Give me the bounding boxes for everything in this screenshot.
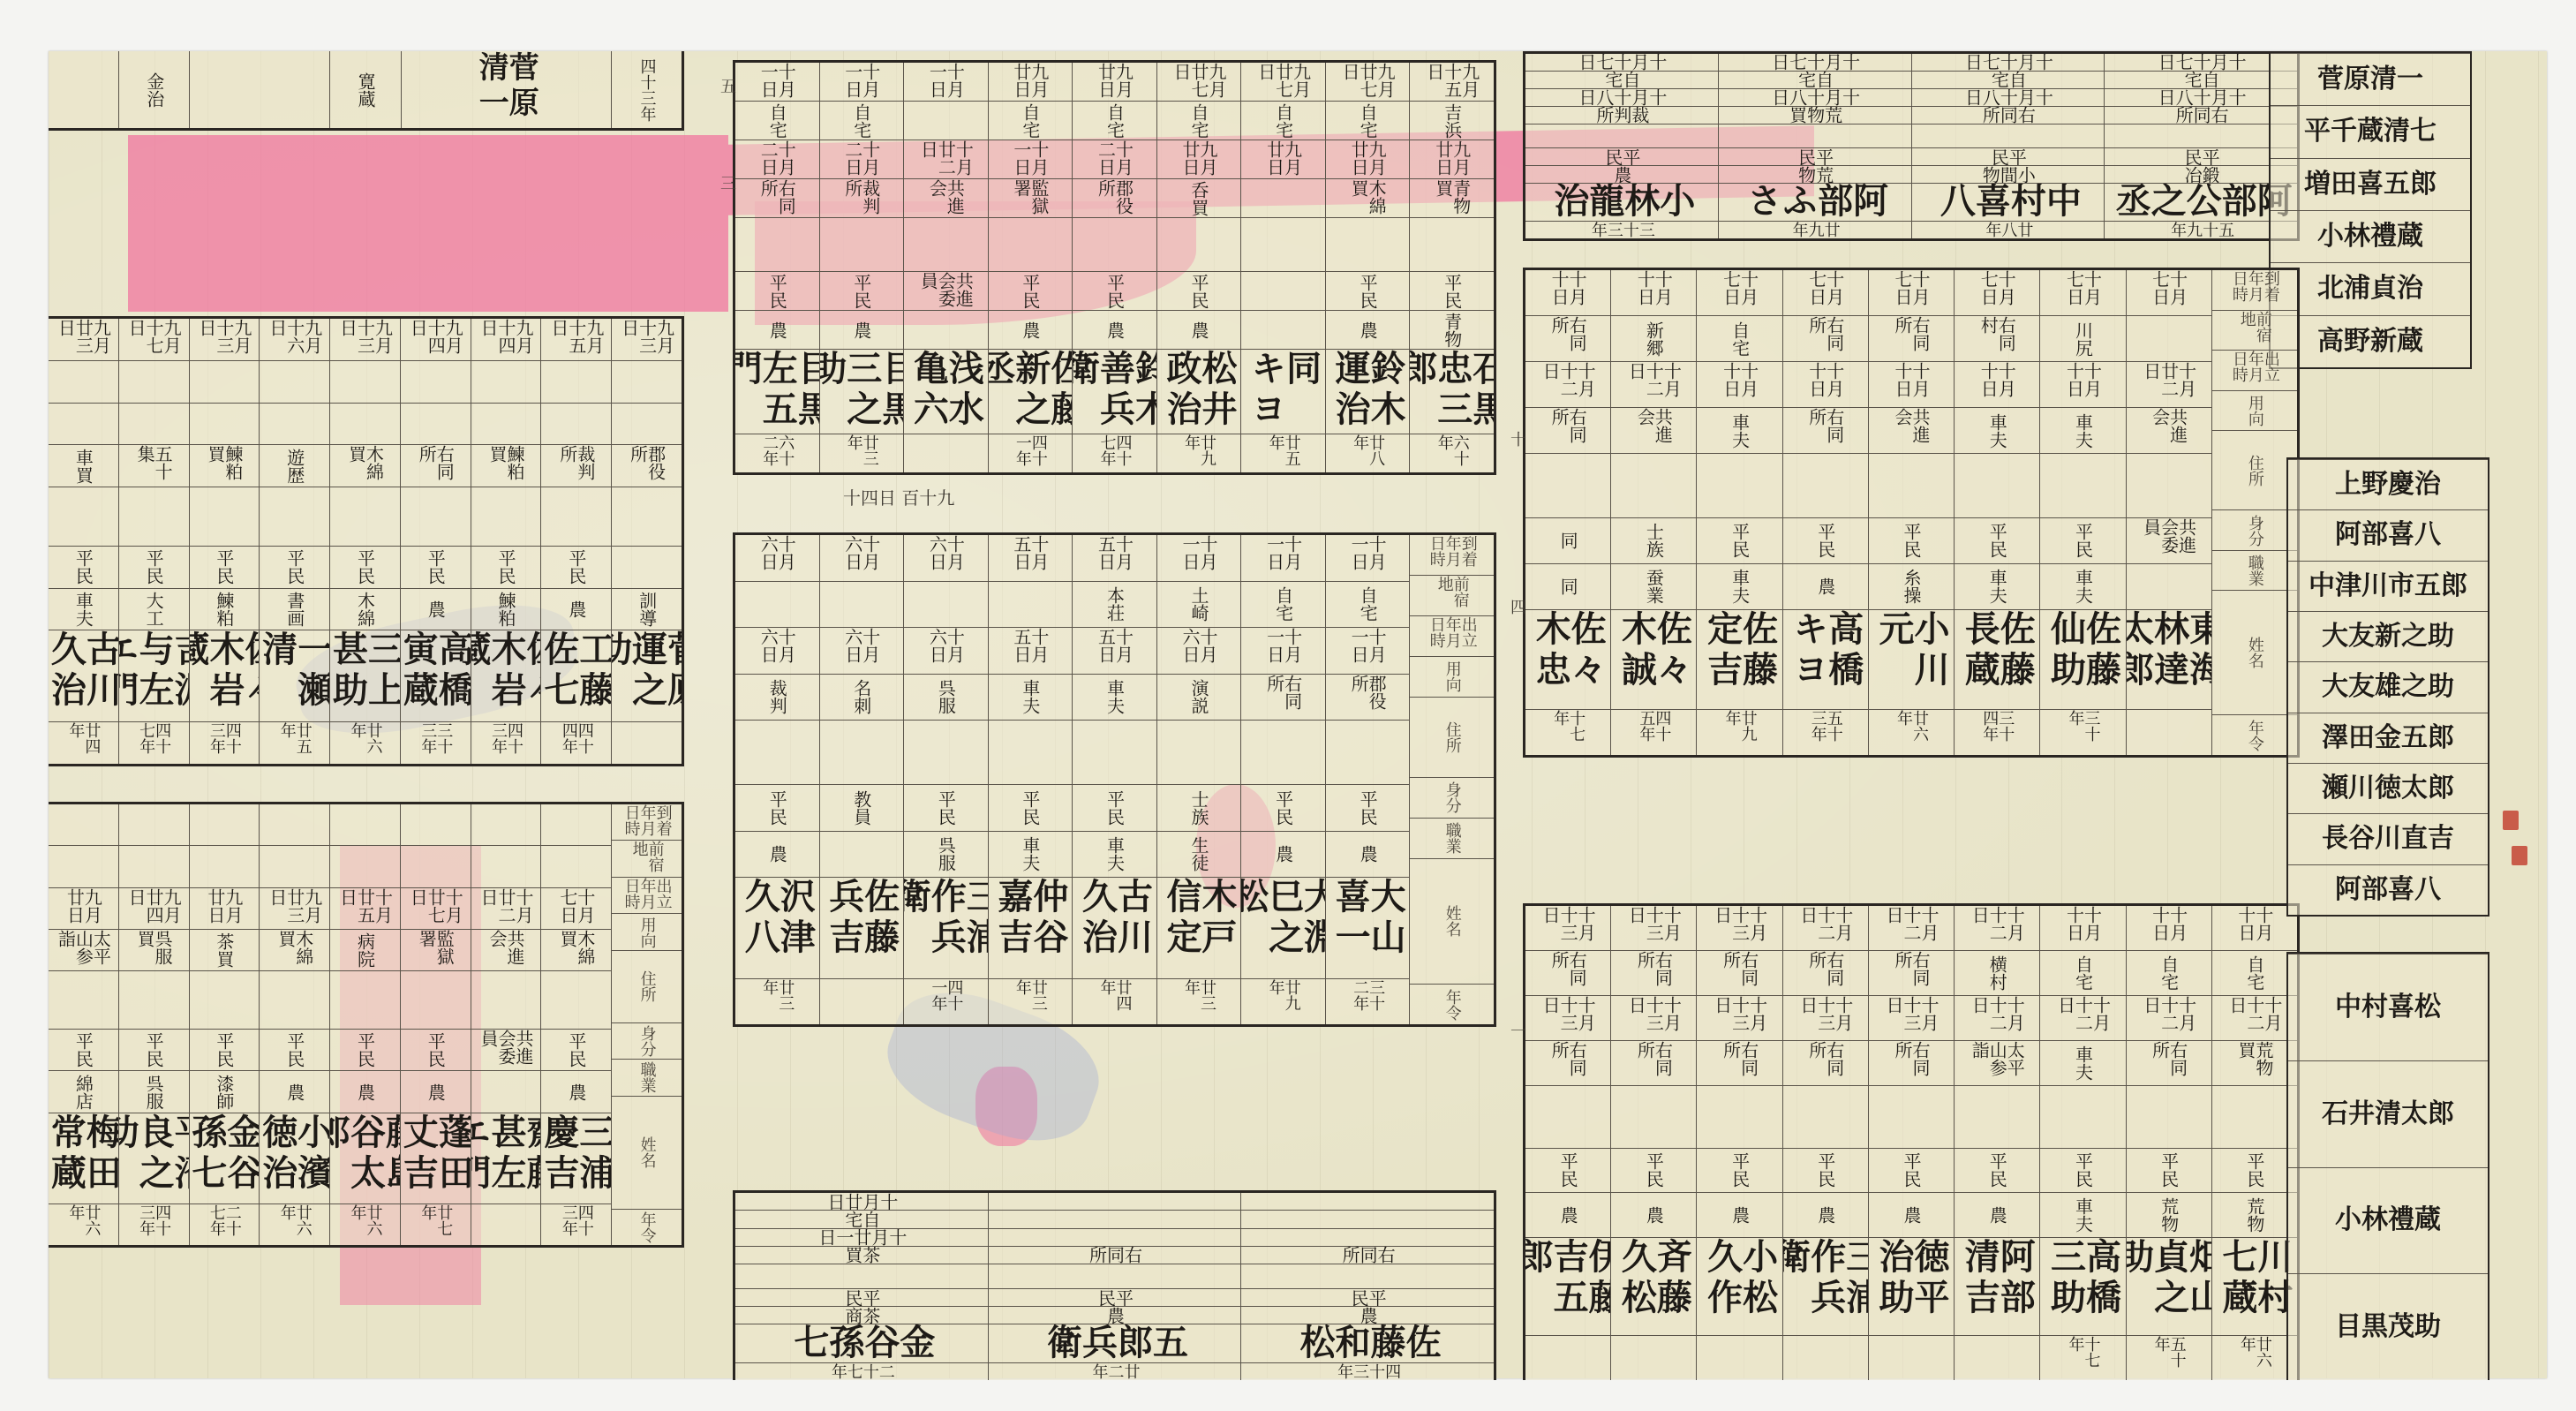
age-cell: 三十三年 <box>401 721 471 764</box>
job-cell: 車夫 <box>2040 1192 2125 1237</box>
table-row: 十月十二日右同所十月十三日右同所平民農三浦作兵衛 <box>1782 906 1868 1380</box>
red-seal-stamp <box>2512 846 2527 865</box>
panel-bottom-center: 右同所平民農佐藤和松四十三年右同所平民農五郎兵衛廿二年十月廿日自宅十月廿一日茶買… <box>733 1190 1496 1380</box>
arrive-cell: 十月一日 <box>735 63 819 101</box>
addr-cell <box>989 720 1073 784</box>
list-item: 目黒茂助 <box>2288 1273 2488 1380</box>
age-cell: 四十一年 <box>989 434 1073 472</box>
column-header: 身分 <box>1410 777 1494 818</box>
depart-cell: 十月廿七日 <box>401 887 471 929</box>
from-cell <box>904 581 988 628</box>
purpose-cell: 郡役所 <box>1326 674 1410 721</box>
from-cell: 川尻 <box>2040 315 2125 361</box>
purpose-cell: 右同所 <box>1697 1040 1781 1085</box>
guest-name: 平千蔵清七 <box>2271 106 2470 157</box>
table-row: 十月五日本荘十月五日車夫平民車夫古川久治廿四年 <box>1072 535 1156 1024</box>
from-cell <box>904 101 988 140</box>
addr-cell <box>735 1264 988 1288</box>
job-cell: 農 <box>820 310 904 349</box>
depart-cell: 十月十日 <box>1869 361 1954 407</box>
age-cell <box>1525 1335 1610 1380</box>
addr-cell <box>1611 453 1696 517</box>
guest-name: 大友新之助 <box>2288 612 2488 661</box>
from-cell: 自宅 <box>2040 950 2125 995</box>
status-cell: 平民 <box>260 1029 329 1070</box>
column-header: 出立年月日時 <box>612 877 682 913</box>
status-cell: 平民 <box>1611 1148 1696 1193</box>
purpose-cell: 右同所 <box>1525 407 1610 453</box>
purpose-cell: 右同所 <box>1241 674 1325 721</box>
job-cell: 農 <box>401 1070 471 1112</box>
depart-cell: 十月一日 <box>1326 627 1410 674</box>
list-item: 中村喜松 <box>2288 954 2488 1060</box>
age-cell: 四十四年 <box>541 721 611 764</box>
addr-cell <box>1611 1085 1696 1148</box>
depart-cell: 十月十八日 <box>1719 88 1911 106</box>
age-cell: 四十三年 <box>541 1203 611 1245</box>
status-cell: 平民 <box>989 1288 1241 1306</box>
arrive-cell: 十月十日 <box>1525 270 1610 315</box>
column-header: 用向 <box>1410 656 1494 697</box>
arrive-cell: 九月十五日 <box>541 319 611 360</box>
guest-name: 瀬川徳太郎 <box>2288 764 2488 813</box>
arrive-cell <box>471 804 541 845</box>
arrive-cell: 十月一日 <box>904 63 988 101</box>
purpose-cell: 右同所 <box>735 178 819 217</box>
guest-name: 浅水亀六 <box>904 349 988 434</box>
column-header: 住所 <box>1410 697 1494 777</box>
guest-name: 佐々木岩蔵 <box>471 630 541 721</box>
purpose-cell: 鰊粕買 <box>471 444 541 487</box>
purpose-cell: 太平山参詣 <box>49 929 118 970</box>
list-item: 大友雄之助 <box>2288 661 2488 712</box>
from-cell <box>330 360 400 403</box>
addr-cell <box>1955 1085 2039 1148</box>
guest-name: 中津川市五郎 <box>2288 562 2488 611</box>
addr-cell <box>119 487 189 546</box>
status-cell: 平民 <box>1719 147 1911 165</box>
age-cell: 廿三年 <box>989 978 1073 1025</box>
arrive-cell: 十月十七日 <box>1912 54 2105 71</box>
column-header: 職業 <box>612 1059 682 1095</box>
addr-cell <box>2127 1085 2211 1148</box>
addr-cell <box>1869 1085 1954 1148</box>
table-row: 十月一日自宅十月一日右同所平民農大淵巳之松廿九年 <box>1240 535 1325 1024</box>
depart-cell: 十月五日 <box>989 627 1073 674</box>
guest-name: 石井清太郎 <box>2288 1061 2488 1167</box>
from-cell <box>612 360 682 403</box>
table-row: 九月十三日木綿買平民木綿三上甚助廿六年 <box>329 319 400 764</box>
depart-cell: 十月十二日 <box>2212 995 2297 1040</box>
table-row: 十月十三日右同所十月十三日右同所平民農小松久作 <box>1696 906 1781 1380</box>
arrive-cell: 九月十四日 <box>471 319 541 360</box>
purpose-cell: 右同所 <box>1525 1040 1610 1085</box>
from-cell <box>541 845 611 887</box>
depart-cell <box>330 403 400 445</box>
guest-name: 三浦慶吉 <box>541 1113 611 1203</box>
guest-name: 上野慶治 <box>2288 460 2488 509</box>
purpose-cell: 車夫 <box>2040 1040 2125 1085</box>
arrive-cell: 十月七日 <box>1783 270 1868 315</box>
purpose-cell: 裁判所 <box>1525 106 1718 124</box>
status-cell: 平民 <box>119 1029 189 1070</box>
column-header: 年令 <box>1410 984 1494 1024</box>
age-cell: 廿四年 <box>1073 978 1156 1025</box>
depart-cell: 十月十三日 <box>1869 995 1954 1040</box>
guest-name: 阿部ふさ <box>1719 183 1911 221</box>
column-header: 出立年月日時 <box>2212 350 2297 390</box>
status-cell: 平民 <box>1912 147 2105 165</box>
table-row: 十月十三日右同所十月十三日右同所平民農斉藤久松 <box>1610 906 1696 1380</box>
status-cell: 平民 <box>1955 1148 2039 1193</box>
addr-cell <box>820 720 904 784</box>
status-cell <box>1241 271 1325 310</box>
table-row: 十月十日右同所十月十二日右同所同同佐々木忠十七年 <box>1525 270 1610 755</box>
list-item: 阿部喜八 <box>2288 509 2488 560</box>
depart-cell <box>401 403 471 445</box>
table-row: 九月十四日鰊粕買平民鰊粕佐々木岩蔵四十三年 <box>471 319 541 764</box>
depart-cell: 九月廿日 <box>1157 140 1241 178</box>
purpose-cell: 裁判 <box>735 674 819 721</box>
addr-cell <box>612 487 682 546</box>
purpose-cell: 病院 <box>330 929 400 970</box>
panel-right-middle: 到着年月日時前宿地出立年月日時用向住所身分職業姓名年令十月七日十月廿二日共進会共… <box>1523 268 2300 758</box>
depart-cell <box>612 403 682 445</box>
ledger-header-column: 到着年月日時前宿地出立年月日時用向住所身分職業姓名年令 <box>2211 270 2297 755</box>
job-cell: 農 <box>1525 1192 1610 1237</box>
age-cell: 廿八年 <box>1326 434 1410 472</box>
table-row: 九月廿日自宅十月二日郡役所平民農鈴木善兵衛四十七年 <box>1072 63 1156 472</box>
from-cell: 自宅 <box>1326 101 1410 140</box>
panel-far-right-bottom: 中村喜松石井清太郎小林禮蔵目黒茂助 <box>2286 952 2489 1380</box>
depart-cell <box>119 403 189 445</box>
column-header: 到着年月日時 <box>2212 270 2297 310</box>
guest-name: 鈴木運治 <box>1326 349 1410 434</box>
table-row: 十月廿七日監獄署平民農蓬田丈吉廿七年 <box>400 804 471 1245</box>
column-header: 姓名 <box>1410 858 1494 984</box>
from-cell <box>401 360 471 403</box>
age-cell: 廿九年 <box>1241 978 1325 1025</box>
depart-cell: 九月廿三日 <box>260 887 329 929</box>
guest-name: 鈴木善兵衛 <box>1073 349 1156 434</box>
depart-cell: 十月六日 <box>820 627 904 674</box>
from-cell <box>735 581 819 628</box>
depart-cell: 九月廿四日 <box>119 887 189 929</box>
age-cell: 三十三年 <box>1525 221 1718 238</box>
depart-cell <box>541 403 611 445</box>
purpose-cell: 荒物買 <box>1719 106 1911 124</box>
guest-name: 大淵巳之松 <box>1241 877 1325 977</box>
from-cell: 自宅 <box>1912 71 2105 88</box>
arrive-cell: 十月五日 <box>1073 535 1156 581</box>
arrive-cell: 十月一日 <box>1241 535 1325 581</box>
arrive-cell: 十月六日 <box>735 535 819 581</box>
guest-name: 吉沢与左エ門 <box>119 630 189 721</box>
depart-cell: 十月六日 <box>735 627 819 674</box>
from-cell: 自宅 <box>820 101 904 140</box>
table-row: 十月六日十月六日裁判平民農沢津久八廿三年 <box>735 535 819 1024</box>
job-cell: 生徒 <box>1157 831 1241 878</box>
guest-name: 阿部喜八 <box>2288 865 2488 915</box>
age-cell: 廿五年 <box>260 721 329 764</box>
list-item: 大友新之助 <box>2288 611 2488 661</box>
job-cell: 綿店 <box>49 1070 118 1112</box>
status-cell: 平民 <box>190 546 260 588</box>
addr-cell <box>190 970 260 1029</box>
arrive-cell: 十月一日 <box>1326 535 1410 581</box>
status-cell: 平民 <box>1157 271 1241 310</box>
job-cell: 農 <box>735 310 819 349</box>
table-row: 十月十日新郷十月十二日共進会士族蚕業佐々木誠四十五年 <box>1610 270 1696 755</box>
table-row: 十月十日自宅十月十二日荒物買平民荒物川村七蔵廿六年 <box>2211 906 2297 1380</box>
status-cell: 平民 <box>989 271 1073 310</box>
purpose-cell: 監獄署 <box>401 929 471 970</box>
guest-name: 古川久治 <box>1073 877 1156 977</box>
status-cell: 士族 <box>1157 784 1241 831</box>
arrive-cell: 十月十日 <box>2040 906 2125 950</box>
from-cell <box>330 845 400 887</box>
job-cell: 漆師 <box>190 1070 260 1112</box>
from-cell: 自宅 <box>989 101 1073 140</box>
addr-cell <box>2127 453 2211 517</box>
job-cell: 農 <box>1955 1192 2039 1237</box>
addr-cell <box>49 970 118 1029</box>
purpose-cell <box>1241 178 1325 217</box>
addr-cell <box>1719 124 1911 148</box>
addr-cell <box>471 970 541 1029</box>
page-mark: 一 <box>1505 1022 1528 1038</box>
table-row: 十月十七日自宅十月十八日右同所平民小間物中村喜八廿八年 <box>1911 54 2105 238</box>
addr-cell <box>119 970 189 1029</box>
status-cell: 士族 <box>1611 517 1696 563</box>
arrive-cell: 九月十五日 <box>1410 63 1494 101</box>
age-cell <box>2127 709 2211 755</box>
guest-name: 佐藤仙助 <box>2040 609 2125 709</box>
purpose-cell: 共進会 <box>1869 407 1954 453</box>
from-cell <box>119 845 189 887</box>
guest-name: 東海林達太郎 <box>2127 609 2211 709</box>
list-item: 小林禮蔵 <box>2288 1167 2488 1274</box>
arrive-cell: 九月廿七日 <box>1157 63 1241 101</box>
from-cell: 右同村 <box>1955 315 2039 361</box>
guest-name: 工藤佐七 <box>541 630 611 721</box>
addr-cell <box>2212 1085 2297 1148</box>
guest-name: 五郎兵衛 <box>989 1324 1241 1362</box>
list-item: 瀬川徳太郎 <box>2288 763 2488 813</box>
table-row: 十月十七日自宅十月十八日荒物買平民荒物阿部ふさ廿九年 <box>1718 54 1911 238</box>
addr-cell <box>1525 453 1610 517</box>
list-item: 石井清太郎 <box>2288 1060 2488 1167</box>
purpose-cell: 青物買 <box>1410 178 1494 217</box>
addr-cell <box>735 720 819 784</box>
list-item: 菅原清一 <box>2271 53 2470 105</box>
job-cell: 農 <box>1783 563 1868 609</box>
job-cell: 農 <box>330 1070 400 1112</box>
job-cell: 青物 <box>1410 310 1494 349</box>
age-cell: 廿九年 <box>1157 434 1241 472</box>
age-cell <box>1611 1335 1696 1380</box>
column-header: 身分 <box>612 1022 682 1059</box>
job-cell: 荒物 <box>2212 1192 2297 1237</box>
page-mark: 十 <box>1505 431 1528 447</box>
guest-name: 大友雄之助 <box>2288 662 2488 712</box>
list-item: 澤田金五郎 <box>2288 713 2488 763</box>
age-cell: 四十五年 <box>1611 709 1696 755</box>
job-cell: 農 <box>735 831 819 878</box>
red-seal-stamp <box>2503 811 2519 830</box>
purpose-cell: 右同所 <box>1783 407 1868 453</box>
status-cell: 平民 <box>1525 1148 1610 1193</box>
status-cell: 平民 <box>1410 271 1494 310</box>
arrive-cell: 十月十七日 <box>1525 54 1718 71</box>
from-cell: 新郷 <box>1611 315 1696 361</box>
status-cell: 平民 <box>541 546 611 588</box>
column-header: 出立年月日時 <box>1410 615 1494 656</box>
addr-cell <box>471 487 541 546</box>
guest-name: 阿部喜八 <box>2288 510 2488 560</box>
guest-name: 一瀬清 <box>260 630 329 721</box>
status-cell: 平民 <box>735 1288 988 1306</box>
arrive-cell: 九月十六日 <box>260 319 329 360</box>
depart-cell <box>49 403 118 445</box>
status-cell: 平民 <box>49 546 118 588</box>
guest-name: 高橋寅蔵 <box>401 630 471 721</box>
addr-cell <box>1073 217 1156 271</box>
addr-cell <box>1955 453 2039 517</box>
column-header: 職業 <box>2212 550 2297 591</box>
from-cell <box>190 360 260 403</box>
depart-cell: 十月七日 <box>541 887 611 929</box>
page-mark: 四 <box>1505 599 1528 615</box>
purpose-cell: 茶買 <box>190 929 260 970</box>
purpose-cell: 木綿買 <box>1326 178 1410 217</box>
guest-name: 蓬田丈吉 <box>401 1113 471 1203</box>
column-header: 前宿地 <box>2212 310 2297 351</box>
purpose-cell: 木綿買 <box>260 929 329 970</box>
arrive-cell: 十月一日 <box>820 63 904 101</box>
purpose-cell: 裁判所 <box>541 444 611 487</box>
guest-name: 佐藤定吉 <box>1697 609 1781 709</box>
depart-cell: 九月廿日 <box>1326 140 1410 178</box>
guest-name: 菅原清一 <box>2271 54 2470 105</box>
guest-name: 目黒左五門 <box>735 349 819 434</box>
depart-cell: 十月十日 <box>2040 361 2125 407</box>
addr-cell <box>541 487 611 546</box>
from-cell <box>989 1210 1241 1227</box>
addr-cell <box>1157 720 1241 784</box>
guest-name: 斉藤久松 <box>1611 1237 1696 1335</box>
arrive-cell: 十月十日 <box>2212 906 2297 950</box>
status-cell: 平民 <box>1697 517 1781 563</box>
arrive-cell: 十月廿日 <box>735 1193 988 1210</box>
depart-cell: 十月二日 <box>735 140 819 178</box>
age-cell: 四十三年 <box>119 1203 189 1245</box>
job-cell: 糸操 <box>1869 563 1954 609</box>
panel-top-center: 九月十五日吉浜九月廿日青物買平民青物石黒忠三郎六十年九月廿七日自宅九月廿日木綿買… <box>733 60 1496 475</box>
job-cell <box>1241 310 1325 349</box>
from-cell <box>1241 1210 1494 1227</box>
guest-name: 澤田金五郎 <box>2288 713 2488 763</box>
table-row: 十月一日十月廿二日共進会共進会委員浅水亀六 <box>903 63 988 472</box>
from-cell <box>49 845 118 887</box>
arrive-cell: 九月十三日 <box>330 319 400 360</box>
table-row: 十月七日自宅十月十日車夫平民車夫佐藤定吉廿九年 <box>1696 270 1781 755</box>
job-cell: 農 <box>1611 1192 1696 1237</box>
job-cell: 農 <box>1241 831 1325 878</box>
depart-cell: 十月十三日 <box>1611 995 1696 1040</box>
depart-cell: 九月廿日 <box>1410 140 1494 178</box>
arrive-cell: 九月廿七日 <box>1241 63 1325 101</box>
job-cell: 車夫 <box>2040 563 2125 609</box>
job-cell: 農 <box>260 1070 329 1112</box>
age-cell <box>1869 1335 1954 1380</box>
arrive-cell: 十月六日 <box>820 535 904 581</box>
guest-name: 伊藤吉五郎 <box>1525 1237 1610 1335</box>
status-cell: 平民 <box>1783 517 1868 563</box>
addr-cell <box>820 217 904 271</box>
from-cell: 土崎 <box>1157 581 1241 628</box>
job-cell: 農 <box>1326 831 1410 878</box>
from-cell: 右同所 <box>1869 950 1954 995</box>
addr-cell <box>735 217 819 271</box>
arrive-cell: 十月十三日 <box>1525 906 1610 950</box>
status-cell: 平民 <box>1783 1148 1868 1193</box>
table-row: 九月廿日太平山参詣平民綿店梅田常蔵廿六年 <box>49 804 118 1245</box>
addr-cell <box>260 970 329 1029</box>
addr-cell <box>49 487 118 546</box>
from-cell <box>471 360 541 403</box>
column-header: 身分 <box>2212 509 2297 550</box>
age-cell: 廿六年 <box>330 1203 400 1245</box>
status-cell: 平民 <box>1869 517 1954 563</box>
list-item: 平千蔵清七 <box>2271 105 2470 157</box>
status-cell: 平民 <box>1326 271 1410 310</box>
arrive-cell: 十月十日 <box>1611 270 1696 315</box>
arrive-cell <box>260 804 329 845</box>
guest-name: 平沼良之助 <box>119 1113 189 1203</box>
age-cell: 廿九年 <box>1719 221 1911 238</box>
job-cell: 車夫 <box>1955 563 2039 609</box>
depart-cell: 十月十三日 <box>1697 995 1781 1040</box>
job-cell: 書画 <box>260 588 329 630</box>
status-cell: 平民 <box>820 271 904 310</box>
addr-cell <box>1912 124 2105 148</box>
job-cell: 車夫 <box>1073 831 1156 878</box>
addr-cell <box>1157 217 1241 271</box>
purpose-cell: 右同所 <box>1869 1040 1954 1085</box>
arrive-cell <box>119 804 189 845</box>
status-cell: 平民 <box>471 546 541 588</box>
table-row: 九月十七日五十集平民大工吉沢与左エ門四十七年 <box>118 319 189 764</box>
age-cell: 四十三年 <box>1241 1362 1494 1380</box>
purpose-cell: 右同所 <box>1783 1040 1868 1085</box>
arrive-cell: 十月十二日 <box>1955 906 2039 950</box>
from-cell <box>401 845 471 887</box>
panel-bottom-left: 到着年月日時前宿地出立年月日時用向住所身分職業姓名年令十月七日木綿買平民農三浦慶… <box>49 802 684 1248</box>
table-row: 十月七日木綿買平民農三浦慶吉四十三年 <box>540 804 611 1245</box>
purpose-cell: 右同所 <box>1241 1246 1494 1264</box>
from-cell: 自宅 <box>735 101 819 140</box>
guest-name: 増田喜五郎 <box>2271 159 2470 210</box>
arrive-cell: 九月廿日 <box>1073 63 1156 101</box>
guest-name: 三上甚助 <box>330 630 400 721</box>
purpose-cell: 裁判所 <box>820 178 904 217</box>
guest-name: 石黒忠三郎 <box>1410 349 1494 434</box>
addr-cell <box>190 487 260 546</box>
panel-top-right: 十月十七日自宅十月十八日右同所平民鍛冶阿部公之丞五十九年十月十七日自宅十月十八日… <box>1523 51 2300 241</box>
addr-cell <box>1869 453 1954 517</box>
arrive-cell <box>1241 1193 1494 1210</box>
